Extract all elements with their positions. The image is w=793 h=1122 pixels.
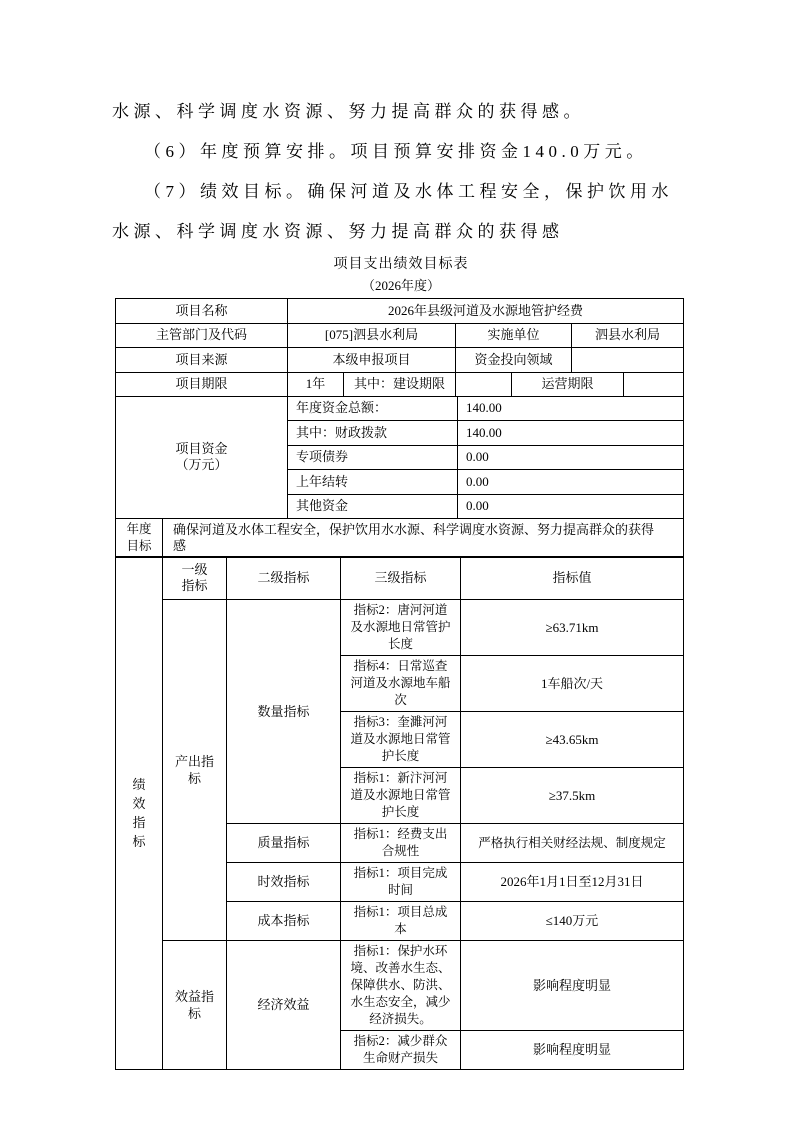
indicator-name: 指标1：项目完成 时间 xyxy=(341,863,461,902)
fund-row-value: 0.00 xyxy=(458,470,684,495)
header-level1-indicator: 一级 指标 xyxy=(163,557,227,600)
basic-info-table: 项目名称 2026年县级河道及水源地管护经费 主管部门及代码 [075]泗县水利… xyxy=(115,298,684,397)
project-source-value: 本级申报项目 xyxy=(288,348,456,373)
annual-goal-table: 年度 目标 确保河道及水体工程安全，保护饮用水水源、科学调度水资源、努力提高群众… xyxy=(115,518,684,558)
fund-row-value: 140.00 xyxy=(458,396,684,421)
invest-field-value xyxy=(572,348,684,373)
operate-period-value xyxy=(624,372,684,397)
document-page: 水源、科学调度水资源、努力提高群众的获得感。 （6）年度预算安排。项目预算安排资… xyxy=(112,0,690,1070)
level2-quantity-indicator: 数量指标 xyxy=(227,600,341,824)
fund-row-value: 0.00 xyxy=(458,445,684,470)
level2-cost-indicator: 成本指标 xyxy=(227,902,341,941)
impl-unit-value: 泗县水利局 xyxy=(572,323,684,348)
indicator-name: 指标1：经费支出 合规性 xyxy=(341,824,461,863)
indicator-value: ≥63.71km xyxy=(461,600,684,656)
fund-row-value: 0.00 xyxy=(458,494,684,519)
intro-line-4: 水源、科学调度水资源、努力提高群众的获得感 xyxy=(112,212,690,252)
indicator-value: ≤140万元 xyxy=(461,902,684,941)
perf-side-label: 绩 效 指 标 xyxy=(116,557,163,1070)
intro-line-3: （7）绩效目标。确保河道及水体工程安全，保护饮用水 xyxy=(112,172,690,212)
project-name-value: 2026年县级河道及水源地管护经费 xyxy=(288,299,684,324)
indicator-name: 指标3：奎濉河河 道及水源地日常管 护长度 xyxy=(341,712,461,768)
level2-timeliness-indicator: 时效指标 xyxy=(227,863,341,902)
indicator-name: 指标4：日常巡查 河道及水源地车船 次 xyxy=(341,656,461,712)
header-level2-indicator: 二级指标 xyxy=(227,557,341,600)
operate-period-label: 运营期限 xyxy=(512,372,624,397)
fund-row-name: 其他资金 xyxy=(288,494,458,519)
indicator-value: 严格执行相关财经法规、制度规定 xyxy=(461,824,684,863)
project-period-value: 1年 xyxy=(288,372,344,397)
level2-economic-benefit: 经济效益 xyxy=(227,941,341,1070)
indicator-value: 影响程度明显 xyxy=(461,941,684,1031)
performance-target-table: 绩 效 指 标 一级 指标 二级指标 三级指标 指标值 产出指 标 数量指标 指… xyxy=(115,556,684,1070)
indicator-name: 指标1：项目总成 本 xyxy=(341,902,461,941)
header-indicator-value: 指标值 xyxy=(461,557,684,600)
table-title: 项目支出绩效目标表 xyxy=(112,254,690,275)
fund-row-name: 其中：财政拨款 xyxy=(288,421,458,446)
annual-goal-text: 确保河道及水体工程安全，保护饮用水水源、科学调度水资源、努力提高群众的获得 感 xyxy=(163,518,684,557)
build-period-value xyxy=(456,372,512,397)
fund-row-value: 140.00 xyxy=(458,421,684,446)
fund-row-name: 年度资金总额： xyxy=(288,396,458,421)
indicator-name: 指标2：唐河河道 及水源地日常管护 长度 xyxy=(341,600,461,656)
funds-label: 项目资金 （万元） xyxy=(116,396,288,519)
indicator-name: 指标1：保护水环 境、改善水生态、 保障供水、防洪、 水生态安全，减少 经济损失… xyxy=(341,941,461,1031)
fund-row-name: 专项债券 xyxy=(288,445,458,470)
indicator-value: 2026年1月1日至12月31日 xyxy=(461,863,684,902)
level2-quality-indicator: 质量指标 xyxy=(227,824,341,863)
indicator-value: 影响程度明显 xyxy=(461,1031,684,1070)
indicator-name: 指标2：减少群众 生命财产损失 xyxy=(341,1031,461,1070)
impl-unit-label: 实施单位 xyxy=(456,323,572,348)
invest-field-label: 资金投向领域 xyxy=(456,348,572,373)
project-source-label: 项目来源 xyxy=(116,348,288,373)
build-period-label: 其中：建设期限 xyxy=(344,372,456,397)
dept-code-label: 主管部门及代码 xyxy=(116,323,288,348)
indicator-value: 1车船次/天 xyxy=(461,656,684,712)
indicator-value: ≥37.5km xyxy=(461,768,684,824)
dept-code-value: [075]泗县水利局 xyxy=(288,323,456,348)
project-name-label: 项目名称 xyxy=(116,299,288,324)
annual-goal-label: 年度 目标 xyxy=(116,518,163,557)
header-level3-indicator: 三级指标 xyxy=(341,557,461,600)
intro-line-1: 水源、科学调度水资源、努力提高群众的获得感。 xyxy=(112,92,690,132)
level1-benefit-indicator: 效益指 标 xyxy=(163,941,227,1070)
fund-row-name: 上年结转 xyxy=(288,470,458,495)
level1-output-indicator: 产出指 标 xyxy=(163,600,227,941)
table-subtitle: （2026年度） xyxy=(112,275,690,296)
intro-line-2: （6）年度预算安排。项目预算安排资金140.0万元。 xyxy=(112,132,690,172)
indicator-value: ≥43.65km xyxy=(461,712,684,768)
project-funds-table: 项目资金 （万元） 年度资金总额： 140.00 其中：财政拨款 140.00 … xyxy=(115,396,684,520)
project-period-label: 项目期限 xyxy=(116,372,288,397)
indicator-name: 指标1：新汴河河 道及水源地日常管 护长度 xyxy=(341,768,461,824)
